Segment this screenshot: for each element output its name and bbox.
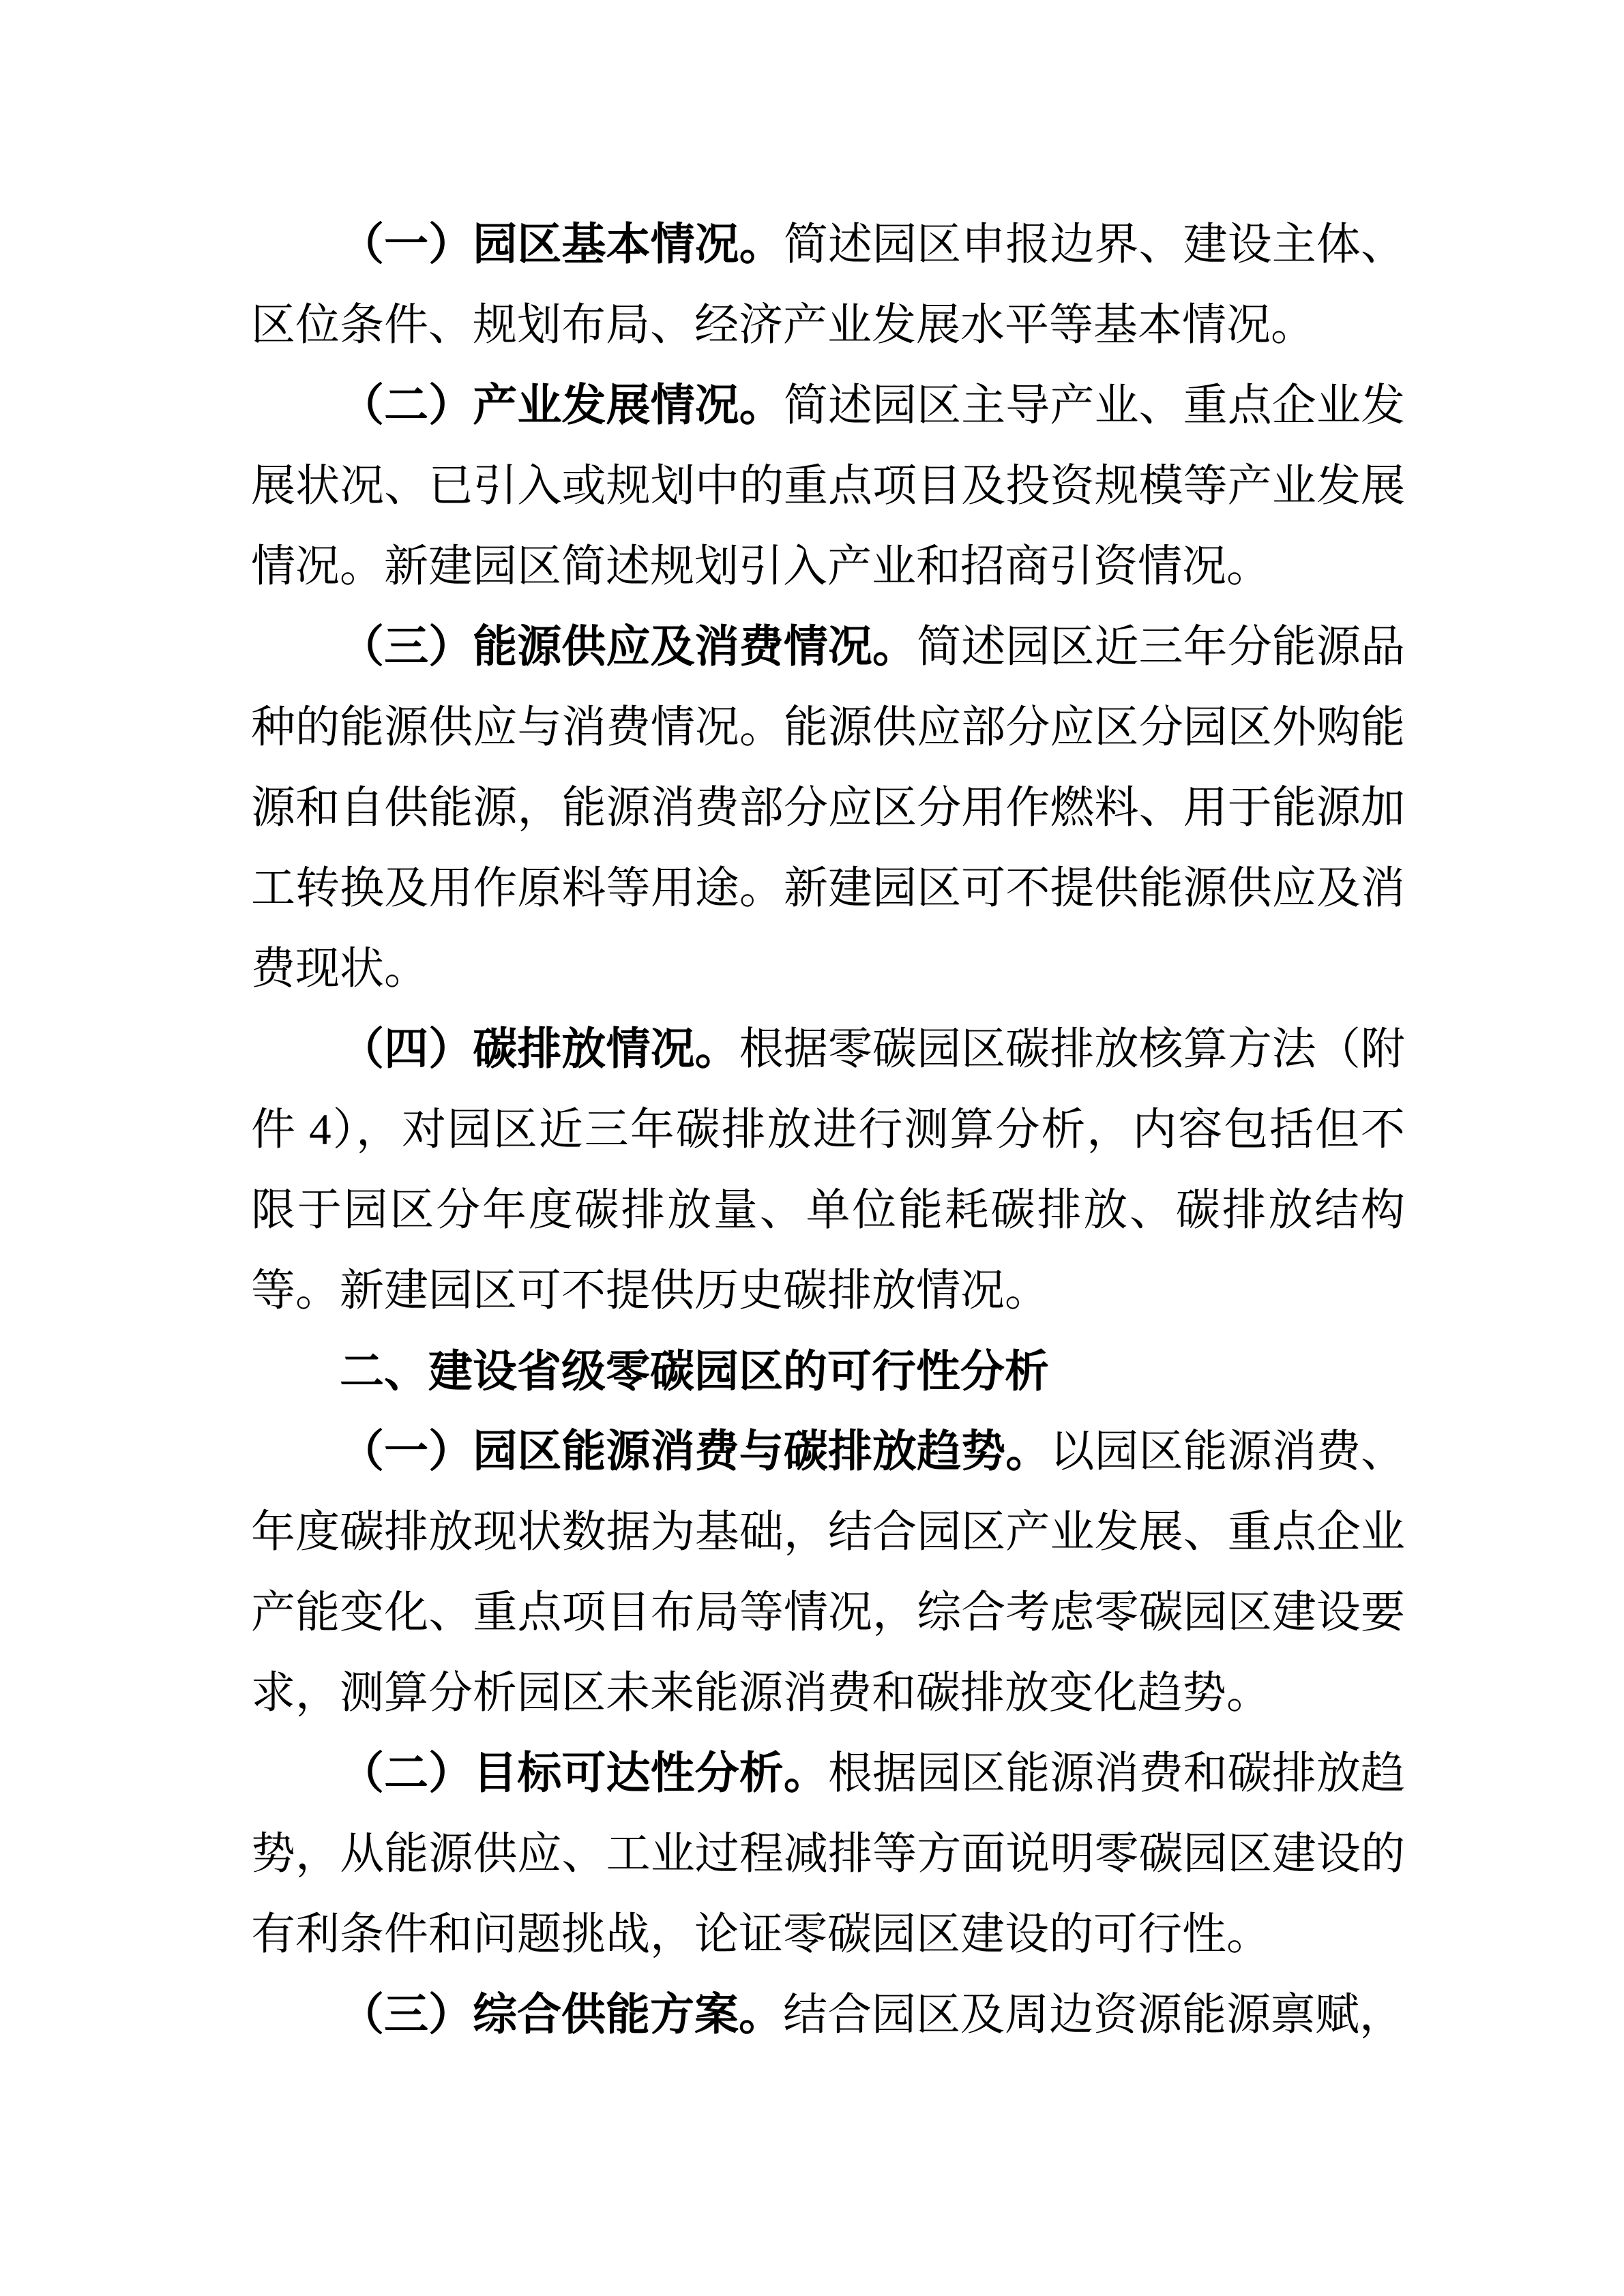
paragraph-lead: （一）园区能源消费与碳排放趋势。 [340, 1427, 1050, 1476]
paragraph: （一）园区基本情况。简述园区申报边界、建设主体、区位条件、规划布局、经济产业发展… [251, 205, 1405, 366]
paragraph-text: 二、建设省级零碳园区的可行性分析 [340, 1346, 1049, 1396]
paragraph: （三）能源供应及消费情况。简述园区近三年分能源品种的能源供应与消费情况。能源供应… [251, 607, 1405, 1009]
paragraph: （四）碳排放情况。根据零碳园区碳排放核算方法（附件 4），对园区近三年碳排放进行… [251, 1009, 1405, 1331]
paragraph-text: 结合园区及周边资源能源禀赋， [783, 1991, 1404, 2040]
paragraph-lead: （二）目标可达性分析。 [340, 1749, 828, 1798]
paragraph: （二）产业发展情况。简述园区主导产业、重点企业发展状况、已引入或规划中的重点项目… [251, 366, 1405, 607]
paragraph: （二）目标可达性分析。根据园区能源消费和碳排放趋势，从能源供应、工业过程减排等方… [251, 1733, 1405, 1975]
document-body: （一）园区基本情况。简述园区申报边界、建设主体、区位条件、规划布局、经济产业发展… [251, 205, 1405, 2055]
paragraph-lead: （二）产业发展情况。 [340, 381, 784, 430]
paragraph-lead: （三）能源供应及消费情况。 [340, 623, 917, 672]
paragraph: （三）综合供能方案。结合园区及周边资源能源禀赋， [251, 1975, 1405, 2055]
section-heading: 二、建设省级零碳园区的可行性分析 [251, 1331, 1405, 1412]
paragraph: （一）园区能源消费与碳排放趋势。以园区能源消费、年度碳排放现状数据为基础，结合园… [251, 1412, 1405, 1733]
paragraph-lead: （一）园区基本情况。 [340, 220, 784, 269]
paragraph-lead: （四）碳排放情况。 [340, 1025, 739, 1074]
paragraph-text: 简述园区近三年分能源品种的能源供应与消费情况。能源供应部分应区分园区外购能源和自… [251, 623, 1405, 994]
paragraph-lead: （三）综合供能方案。 [340, 1991, 783, 2040]
document-page: （一）园区基本情况。简述园区申报边界、建设主体、区位条件、规划布局、经济产业发展… [0, 0, 1624, 2296]
